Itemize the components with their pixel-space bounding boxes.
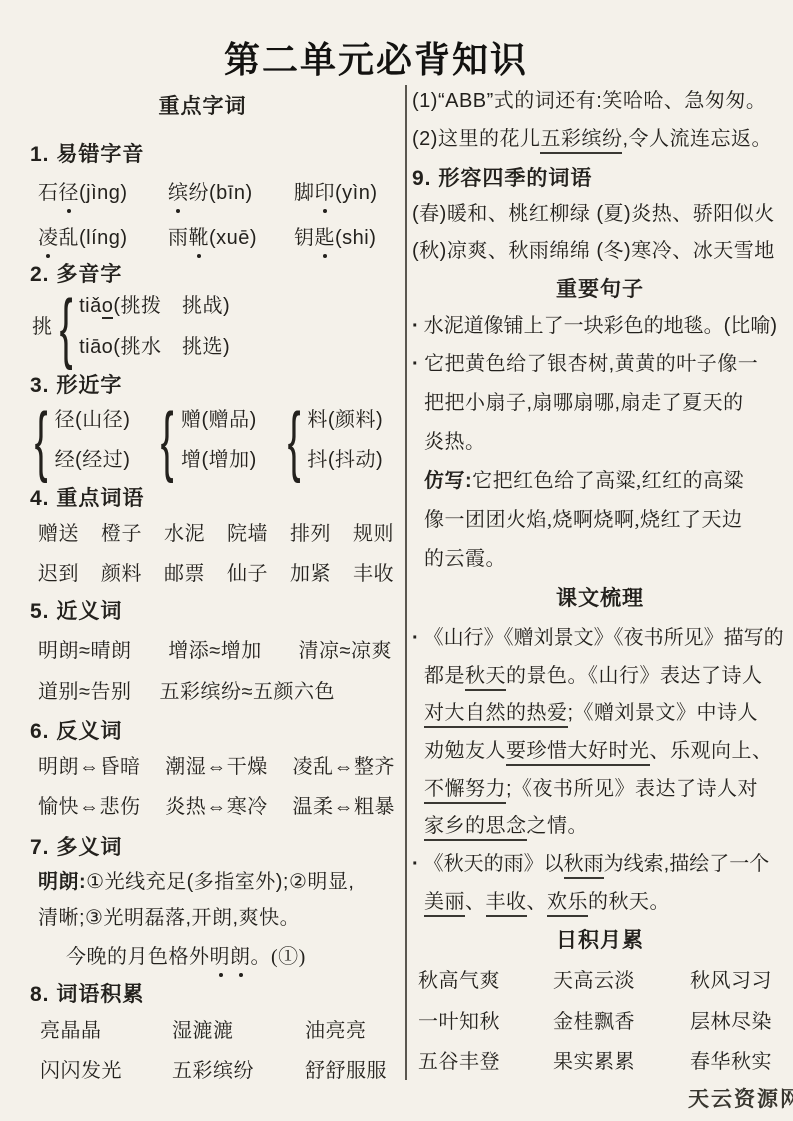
review-1-line-4: 劝勉友人要珍惜大好时光、乐观向上、: [424, 738, 773, 765]
polysemy-example: 今晚的月色格外明朗。(①): [66, 944, 306, 971]
similar-group-2: { 赠(赠品) 增(增加): [154, 401, 256, 479]
bullet-icon: ·: [412, 851, 419, 878]
polyphone-readings: tiǎo(挑拨 挑战) tiāo(挑水 挑选): [79, 293, 230, 361]
idiom-row-2: 一叶知秋金桂飘香层林尽染: [418, 1009, 772, 1036]
pronunciation-row-1: 石径(jìng) 缤纷(bīn) 脚印(yìn): [38, 180, 378, 207]
imitation-line-2: 像一团团火焰,烧啊烧啊,烧红了天边: [424, 507, 743, 534]
keyword-row-2: 迟到颜料邮票仙子加紧丰收: [38, 561, 394, 588]
sentence-2-line-3: 炎热。: [424, 429, 486, 456]
brace-icon: {: [287, 401, 300, 479]
review-1-line-5: 不懈努力;《夜书所见》表达了诗人对: [424, 776, 758, 803]
polysemy-definition-1: 明朗:①光线充足(多指室外);②明显,: [38, 869, 354, 896]
word-yaoshi: 钥匙(shi): [294, 225, 376, 252]
synonym-row-1: 明朗≈晴朗增添≈增加清凉≈凉爽: [38, 638, 392, 665]
section-2-heading: 2. 多音字: [30, 261, 122, 289]
brace-icon: {: [35, 401, 48, 479]
sentence-2-line-2: 把把小扇子,扇哪扇哪,扇走了夏天的: [424, 390, 744, 417]
antonym-row-2: 愉快⇔悲伤炎热⇔寒冷温柔⇔粗暴: [38, 794, 395, 821]
polysemy-term: 明朗:: [38, 871, 86, 893]
imitation-label: 仿写:: [424, 470, 472, 492]
reading-tiao3: tiǎo(挑拨 挑战): [79, 293, 230, 320]
page-title: 第二单元必背知识: [224, 36, 528, 85]
bullet-icon: ·: [412, 313, 419, 340]
polyphone-group: 挑 { tiǎo(挑拨 挑战) tiāo(挑水 挑选): [32, 288, 230, 366]
daily-accumulation-header: 日积月累: [407, 927, 793, 955]
section-8-heading: 8. 词语积累: [30, 981, 144, 1009]
sentence-2-line-1: ·它把黄色给了银杏树,黄黄的叶子像一: [412, 351, 758, 378]
text-review-header: 课文梳理: [407, 585, 793, 613]
polysemy-definition-2: 清晰;③光明磊落,开朗,爽快。: [38, 905, 300, 932]
pronunciation-row-2: 凌乱(líng) 雨靴(xuē) 钥匙(shi): [38, 225, 376, 252]
word-yuxue: 雨靴(xuē): [168, 225, 294, 252]
word-jiaoyin: 脚印(yìn): [294, 180, 378, 207]
watermark: 天云资源网: [688, 1086, 793, 1114]
word-lingluan: 凌乱(líng): [38, 225, 168, 252]
review-1-line-2: 都是秋天的景色。《山行》表达了诗人: [424, 663, 763, 690]
left-column-header: 重点字词: [0, 93, 405, 121]
imitation-line-3: 的云霞。: [424, 546, 506, 573]
sentence-1: ·水泥道像铺上了一块彩色的地毯。(比喻): [412, 313, 777, 340]
sentences-header: 重要句子: [407, 276, 793, 304]
similar-group-1: { 径(山径) 经(经过): [28, 401, 130, 479]
section-6-heading: 6. 反义词: [30, 718, 122, 746]
brace-icon: {: [161, 401, 174, 479]
review-2-line-1: ·《秋天的雨》以秋雨为线索,描绘了一个: [412, 851, 769, 878]
imitation-line-1: 仿写:它把红色给了高粱,红红的高粱: [424, 468, 744, 495]
synonym-row-2: 道别≈告别五彩缤纷≈五颜六色: [38, 679, 335, 706]
review-1-line-6: 家乡的思念之情。: [424, 813, 588, 840]
polyphone-char: 挑: [32, 314, 53, 341]
accumulation-row-1: 亮晶晶湿漉漉油亮亮: [40, 1018, 367, 1045]
accumulation-row-2: 闪闪发光五彩缤纷舒舒服服: [40, 1058, 387, 1085]
section-9-heading: 9. 形容四季的词语: [412, 165, 592, 193]
antonym-row-1: 明朗⇔昏暗潮湿⇔干燥凌乱⇔整齐: [38, 754, 395, 781]
abb-line-1: (1)“ABB”式的词还有:笑哈哈、急匆匆。: [412, 88, 766, 115]
similar-characters-row: { 径(山径) 经(经过) { 赠(赠品) 增(增加) { 料(颜料) 抖(抖动…: [28, 401, 383, 479]
keyword-row-1: 赠送橙子水泥院墙排列规则: [38, 521, 394, 548]
section-1-heading: 1. 易错字音: [30, 141, 144, 169]
review-1-line-1: ·《山行》《赠刘景文》《夜书所见》描写的: [412, 625, 784, 652]
bullet-icon: ·: [412, 625, 419, 652]
brace-icon: {: [59, 288, 72, 366]
idiom-row-1: 秋高气爽天高云淡秋风习习: [418, 968, 772, 995]
abb-line-2: (2)这里的花儿五彩缤纷,令人流连忘返。: [412, 126, 772, 153]
word-binfen: 缤纷(bīn): [168, 180, 294, 207]
section-7-heading: 7. 多义词: [30, 834, 122, 862]
review-1-line-3: 对大自然的热爱;《赠刘景文》中诗人: [424, 700, 758, 727]
bullet-icon: ·: [412, 351, 419, 378]
word-shijing: 石径(jìng): [38, 180, 168, 207]
reading-tiao1: tiāo(挑水 挑选): [79, 334, 230, 361]
document-page: 第二单元必背知识 重点字词 1. 易错字音 石径(jìng) 缤纷(bīn) 脚…: [0, 0, 793, 1121]
seasons-line-1: (春)暖和、桃红柳绿 (夏)炎热、骄阳似火: [412, 201, 775, 228]
idiom-row-3: 五谷丰登果实累累春华秋实: [418, 1049, 772, 1076]
review-2-line-2: 美丽、丰收、欢乐的秋天。: [424, 889, 670, 916]
similar-group-3: { 料(颜料) 抖(抖动): [281, 401, 383, 479]
section-4-heading: 4. 重点词语: [30, 485, 144, 513]
seasons-line-2: (秋)凉爽、秋雨绵绵 (冬)寒冷、冰天雪地: [412, 238, 775, 265]
section-5-heading: 5. 近义词: [30, 598, 122, 626]
